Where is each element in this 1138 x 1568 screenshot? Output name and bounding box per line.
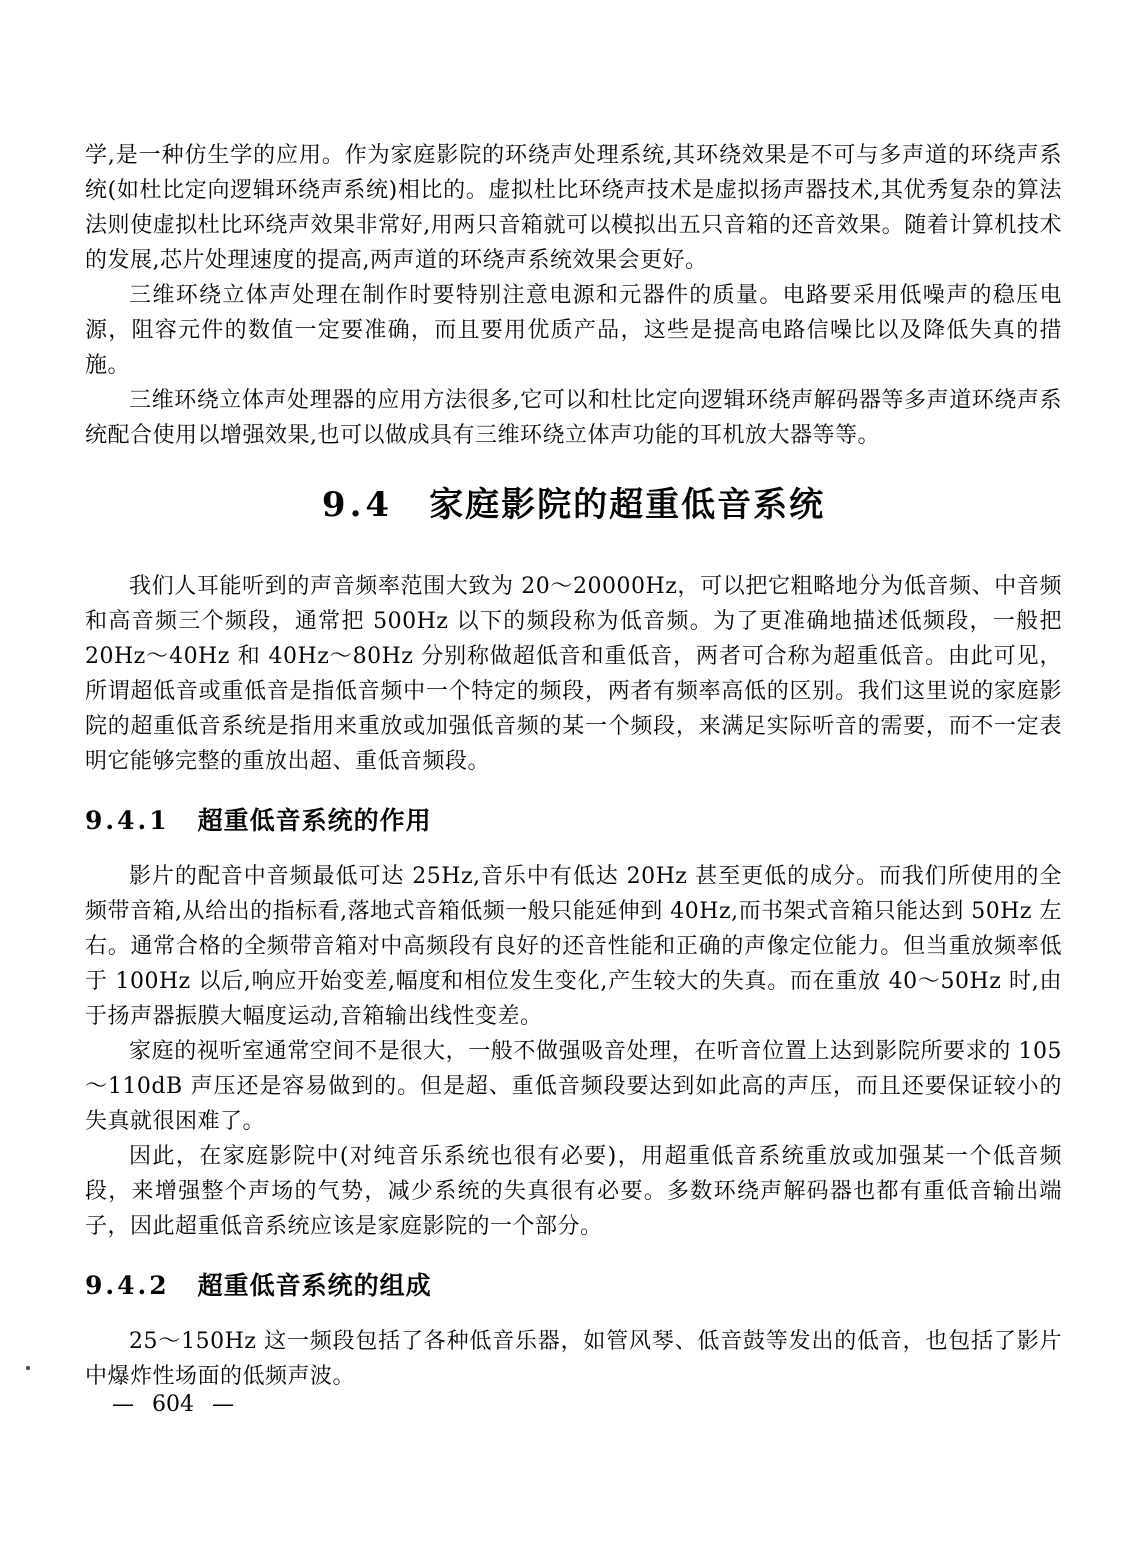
- subsection-number: 9.4.1: [85, 806, 170, 835]
- paragraph: 三维环绕立体声处理在制作时要特别注意电源和元器件的质量。电路要采用低噪声的稳压电…: [85, 278, 1062, 383]
- section-title: 家庭影院的超重低音系统: [429, 485, 825, 525]
- footer-dash-right: —: [212, 1392, 234, 1417]
- paragraph: 25～150Hz 这一频段包括了各种低音乐器，如管风琴、低音鼓等发出的低音，也包…: [85, 1324, 1062, 1394]
- page-number: 604: [152, 1392, 194, 1417]
- subsection-title: 超重低音系统的作用: [198, 806, 432, 835]
- paragraph: 三维环绕立体声处理器的应用方法很多,它可以和杜比定向逻辑环绕声解码器等多声道环绕…: [85, 383, 1062, 453]
- section-number: 9.4: [322, 485, 393, 525]
- paragraph: 我们人耳能听到的声音频率范围大致为 20～20000Hz，可以把它粗略地分为低音…: [85, 569, 1062, 779]
- paragraph-continuation: 学,是一种仿生学的应用。作为家庭影院的环绕声处理系统,其环绕效果是不可与多声道的…: [85, 138, 1062, 278]
- page-content: 学,是一种仿生学的应用。作为家庭影院的环绕声处理系统,其环绕效果是不可与多声道的…: [85, 138, 1062, 1394]
- paragraph: 影片的配音中音频最低可达 25Hz,音乐中有低达 20Hz 甚至更低的成分。而我…: [85, 859, 1062, 1034]
- subsection-title: 超重低音系统的组成: [198, 1271, 432, 1300]
- scan-artifact-dot: [26, 1366, 30, 1370]
- section-heading: 9.4家庭影院的超重低音系统: [85, 483, 1062, 527]
- subsection-heading-941: 9.4.1超重低音系统的作用: [85, 805, 1062, 837]
- footer-dash-left: —: [112, 1392, 134, 1417]
- book-page: 学,是一种仿生学的应用。作为家庭影院的环绕声处理系统,其环绕效果是不可与多声道的…: [0, 0, 1138, 1568]
- paragraph: 因此，在家庭影院中(对纯音乐系统也很有必要)，用超重低音系统重放或加强某一个低音…: [85, 1139, 1062, 1244]
- subsection-number: 9.4.2: [85, 1271, 170, 1300]
- subsection-heading-942: 9.4.2超重低音系统的组成: [85, 1270, 1062, 1302]
- page-footer: —604—: [112, 1392, 234, 1417]
- paragraph: 家庭的视听室通常空间不是很大，一般不做强吸音处理，在听音位置上达到影院所要求的 …: [85, 1034, 1062, 1139]
